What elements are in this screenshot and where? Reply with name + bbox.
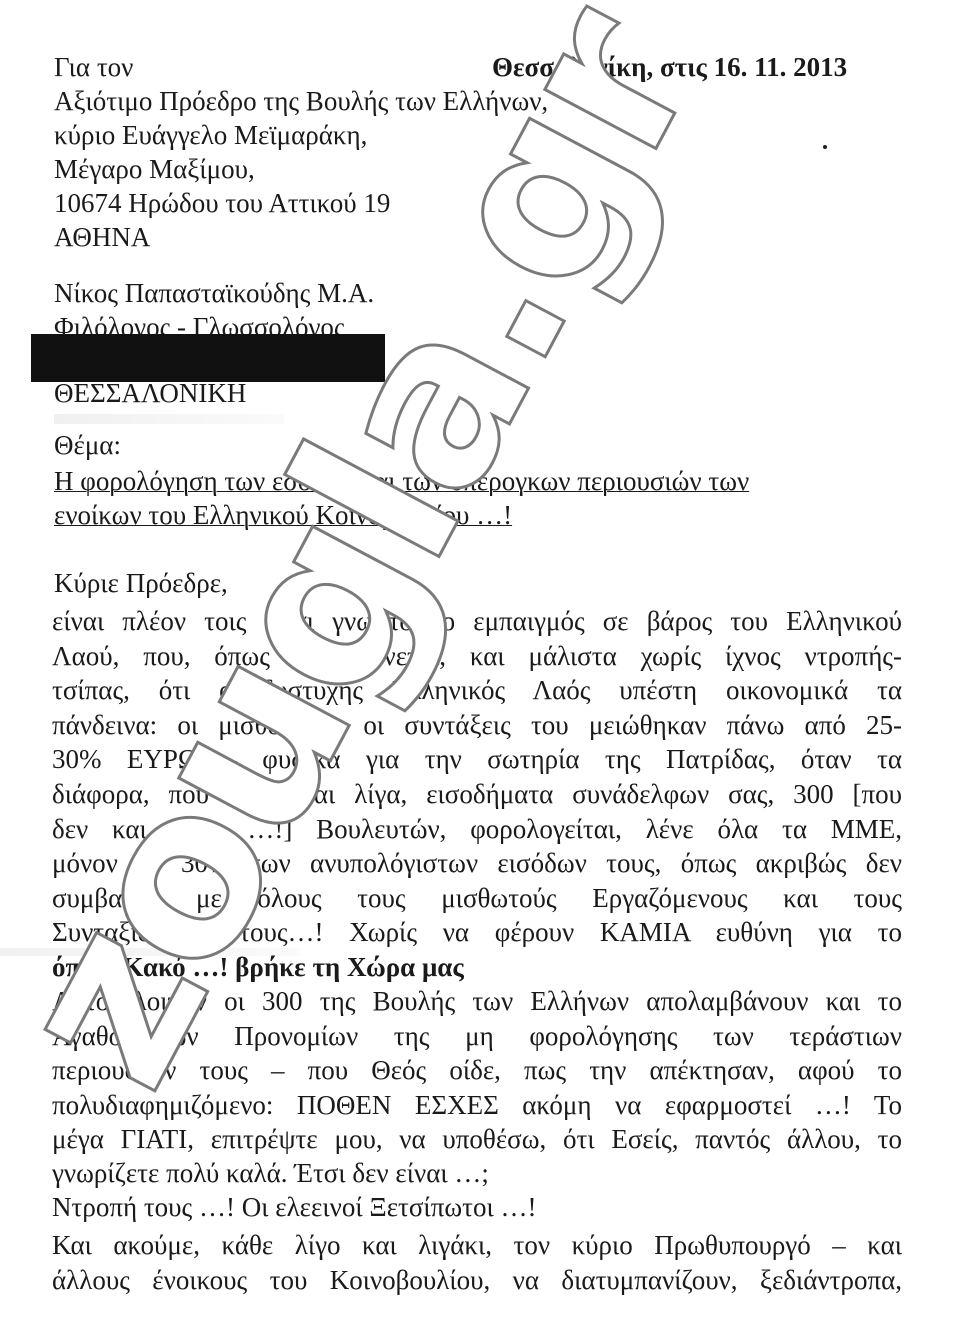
body-line: γνωρίζετε πολύ καλά. Έτσι δεν είναι …;	[52, 1156, 902, 1191]
body-line: μέγα ΓΙΑΤΙ, επιτρέψτε μου, να υποθέσω, ό…	[52, 1122, 902, 1157]
body-line: είναι πλέον τοις πάσι γνωστός ο εμπαιγμό…	[52, 604, 902, 639]
recipient-line: Μέγαρο Μαξίμου,	[54, 152, 255, 186]
body-line: Αυτοί λοιπόν οι 300 της Βουλής των Ελλήν…	[52, 984, 902, 1019]
salutation-to: Για τον	[54, 50, 133, 84]
body-line: Λαού, που, όπως διατυπώνεται, και μάλιστ…	[52, 639, 902, 674]
sender-name: Νίκος Παπασταϊκούδης Μ.Α.	[54, 276, 374, 310]
body-line: πολυδιαφημιζόμενο: ΠΟΘΕΝ ΕΣΧΕΣ ακόμη να …	[52, 1088, 902, 1123]
sender-city: ΘΕΣΣΑΛΟΝΙΚΗ	[54, 376, 246, 410]
subject-label: Θέμα:	[54, 428, 121, 462]
scan-smudge	[54, 414, 284, 424]
subject-line: ενοίκων του Ελληνικού Κοινοβουλίου …!	[54, 498, 512, 532]
letter-page: Για τον Θεσσαλονίκη, στις 16. 11. 2013 Α…	[0, 0, 960, 1328]
body-line: άλλους ένοικους του Κοινοβουλίου, να δια…	[52, 1263, 902, 1298]
scan-smudge	[0, 948, 300, 956]
body-line: Και ακούμε, κάθε λίγο και λιγάκι, τον κύ…	[52, 1228, 902, 1263]
place-date: Θεσσαλονίκη, στις 16. 11. 2013	[492, 52, 847, 83]
body-line: περιουσιών τους – που Θεός οίδε, πως την…	[52, 1053, 902, 1088]
body-line: Συνταξιούχους τους…! Χωρίς να φέρουν ΚΑΜ…	[52, 915, 902, 950]
subject-line: Η φορολόγηση των εσόδων και των υπέρογκω…	[54, 464, 749, 498]
speck	[823, 145, 827, 149]
body-line: διάφορα, που δεν είναι λίγα, εισοδήματα …	[52, 777, 902, 812]
body-line: μόνον το 30% των ανυπολόγιστων εισόδων τ…	[52, 846, 902, 881]
recipient-line: κύριο Ευάγγελο Μεϊμαράκη,	[54, 118, 367, 152]
body-line: Αγαθό των Προνομίων της μη φορολόγησης τ…	[52, 1019, 902, 1054]
greeting: Κύριε Πρόεδρε,	[54, 566, 228, 600]
body-line: τσίπας, ότι ο δυστυχής Ελληνικός Λαός υπ…	[52, 673, 902, 708]
recipient-line: 10674 Ηρώδου του Αττικού 19	[54, 186, 390, 220]
body-line: συμβαίνει με όλους τους μισθωτούς Εργαζό…	[52, 881, 902, 916]
body-line: 30% ΕΥΡΩ – φυσικά για την σωτηρία της Πα…	[52, 742, 902, 777]
recipient-line: Αξιότιμο Πρόεδρο της Βουλής των Ελλήνων,	[54, 84, 548, 118]
redacted-address	[31, 334, 385, 382]
body-line: δεν και λίγοι …!] Βουλευτών, φορολογείτα…	[52, 812, 902, 847]
recipient-line: ΑΘΗΝΑ	[54, 220, 150, 254]
body-line: πάνδεινα: οι μισθοί και οι συντάξεις του…	[52, 708, 902, 743]
body-line: Ντροπή τους …! Οι ελεεινοί Ξετσίπωτοι …!	[52, 1190, 902, 1225]
